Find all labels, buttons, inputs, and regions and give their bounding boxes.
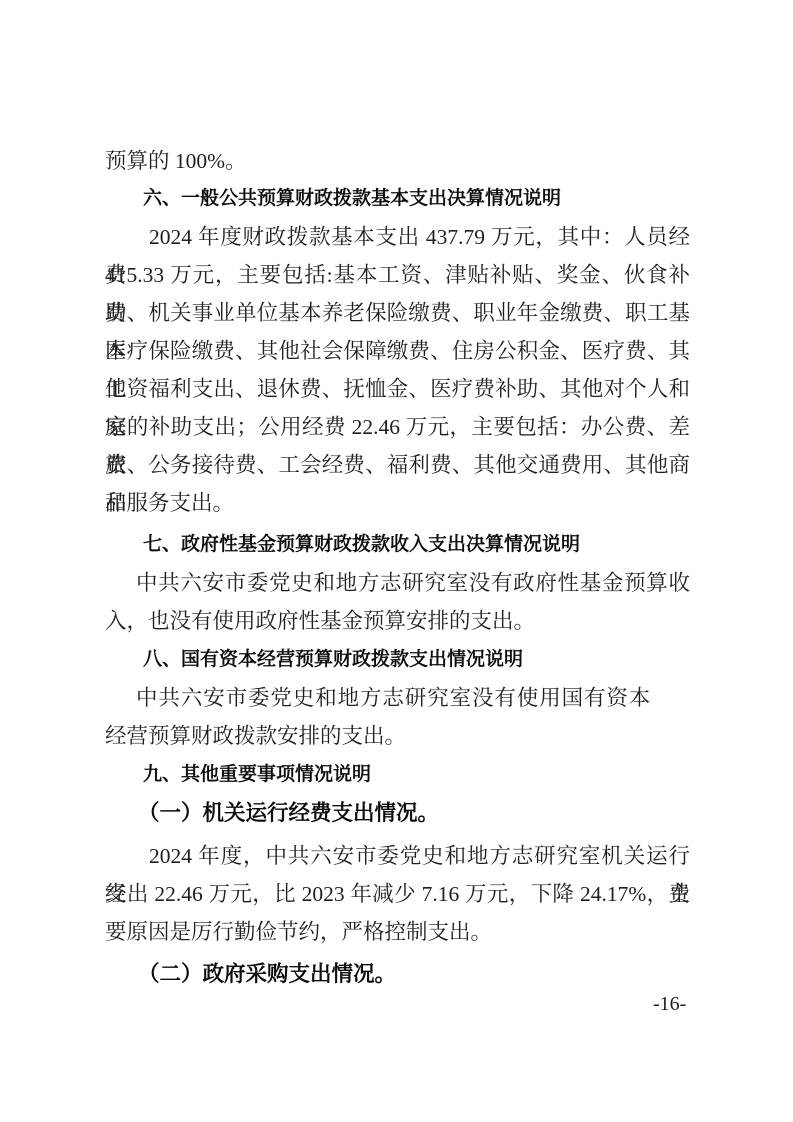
section-9-sub-1-line: 要原因是厉行勤俭节约，严格控制支出。 [105,913,690,951]
section-6-line: 庭的补助支出；公用经费 22.46 万元，主要包括：办公费、差旅 [105,408,690,446]
section-6-line: 2024 年度财政拨款基本支出 437.79 万元，其中：人员经费 [105,218,690,256]
page-number: -16- [653,993,686,1015]
section-7-heading: 七、政府性基金预算财政拨款收入支出决算情况说明 [105,526,690,564]
section-6-line: 工资福利支出、退休费、抚恤金、医疗费补助、其他对个人和家 [105,370,690,408]
section-9-sub-1-heading: （一）机关运行经费支出情况。 [105,794,690,832]
section-6-heading: 六、一般公共预算财政拨款基本支出决算情况说明 [105,180,690,218]
section-9-sub-2-heading: （二）政府采购支出情况。 [105,955,690,993]
document-page: 预算的 100%。 六、一般公共预算财政拨款基本支出决算情况说明 2024 年度… [0,0,793,1122]
section-6-line: 费、机关事业单位基本养老保险缴费、职业年金缴费、职工基本 [105,294,690,332]
section-9-heading: 九、其他重要事项情况说明 [105,756,690,794]
section-9-sub-1-line: 2024 年度，中共六安市委党史和地方志研究室机关运行经费 [105,837,690,875]
section-6-line: 415.33 万元，主要包括:基本工资、津贴补贴、奖金、伙食补助 [105,256,690,294]
section-6-line: 费、公务接待费、工会经费、福利费、其他交通费用、其他商品 [105,446,690,484]
section-8-line: 中共六安市委党史和地方志研究室没有使用国有资本 [105,679,690,717]
section-8-heading: 八、国有资本经营预算财政拨款支出情况说明 [105,641,690,679]
section-9-sub-1-line: 支出 22.46 万元，比 2023 年减少 7.16 万元，下降 24.17%… [105,875,690,913]
intro-paragraph-line: 预算的 100%。 [105,142,690,180]
section-6-line: 和服务支出。 [105,484,690,522]
section-7-line: 入，也没有使用政府性基金预算安排的支出。 [105,602,690,640]
section-7-line: 中共六安市委党史和地方志研究室没有政府性基金预算收 [105,564,690,602]
section-6-line: 医疗保险缴费、其他社会保障缴费、住房公积金、医疗费、其他 [105,332,690,370]
section-8-line: 经营预算财政拨款安排的支出。 [105,717,690,755]
document-text-block: 预算的 100%。 六、一般公共预算财政拨款基本支出决算情况说明 2024 年度… [105,142,690,993]
